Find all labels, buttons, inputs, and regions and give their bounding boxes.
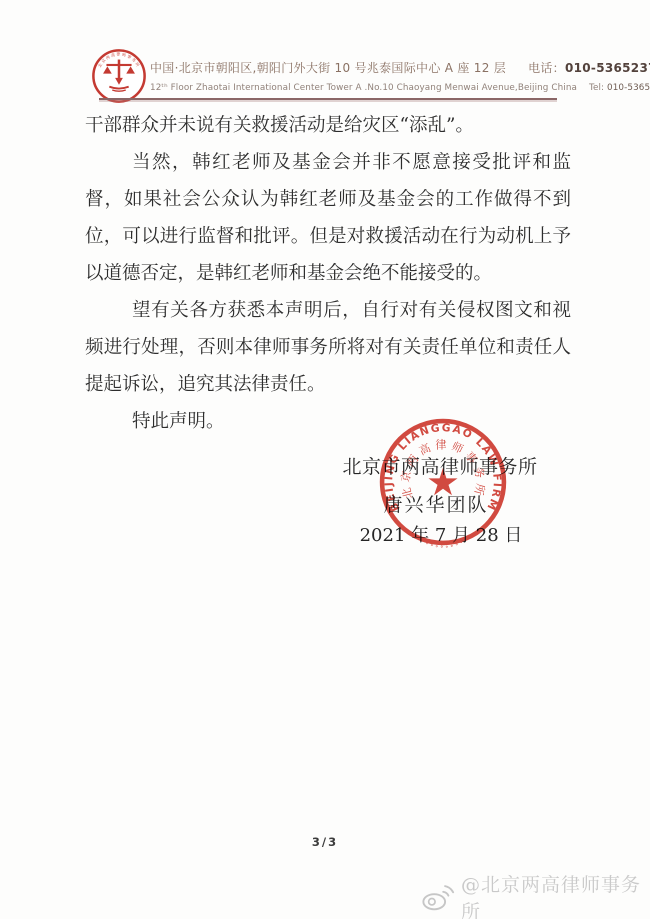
header-address-line-en: 12ᵗʰ Floor Zhaotai International Center … <box>150 83 650 93</box>
seal-ring-text: BEIJING LIANGGAO LAW FIRM <box>382 421 504 514</box>
weibo-icon <box>421 882 455 912</box>
paragraph: 当然，韩红老师及基金会并非不愿意接受批评和监督，如果社会公众认为韩红老师及基金会… <box>85 144 571 292</box>
header-address-line-cn: 中国·北京市朝阳区,朝阳门外大街 10 号兆泰国际中心 A 座 12 层电话：0… <box>150 59 650 76</box>
statement-body: 干部群众并未说有关救援活动是给灾区“添乱”。 当然，韩红老师及基金会并非不愿意接… <box>85 107 571 440</box>
header-divider <box>99 98 557 100</box>
phone-number: 010-53652379/78/81 <box>565 61 650 75</box>
weibo-watermark: @北京两高律师事务所 <box>421 881 650 913</box>
address-en: 12ᵗʰ Floor Zhaotai International Center … <box>150 83 577 93</box>
phone-label: 电话： <box>528 61 565 75</box>
tel-number: 010-53652379/78/81 <box>607 83 650 93</box>
watermark-text: @北京两高律师事务所 <box>461 870 650 919</box>
address-cn: 中国·北京市朝阳区,朝阳门外大街 10 号兆泰国际中心 A 座 12 层 <box>150 61 506 75</box>
scanned-legal-statement-page: 北京两高律师事务所 中国·北京市朝阳区,朝阳门外大街 10 号兆泰国际中心 A … <box>0 0 650 919</box>
official-red-seal: BEIJING LIANGGAO LAW FIRM 北京两高律师事务所 °°°°… <box>377 416 509 548</box>
page-number: 3/3 <box>290 835 360 849</box>
paragraph: 干部群众并未说有关救援活动是给灾区“添乱”。 <box>85 107 571 144</box>
seal-star-icon <box>428 468 457 496</box>
law-firm-logo-icon: 北京两高律师事务所 <box>90 47 148 105</box>
paragraph: 望有关各方获悉本声明后，自行对有关侵权图文和视频进行处理，否则本律师事务所将对有… <box>85 292 571 403</box>
svg-text:BEIJING LIANGGAO LAW FIRM: BEIJING LIANGGAO LAW FIRM <box>382 421 504 514</box>
tel-label: Tel: <box>589 83 604 93</box>
